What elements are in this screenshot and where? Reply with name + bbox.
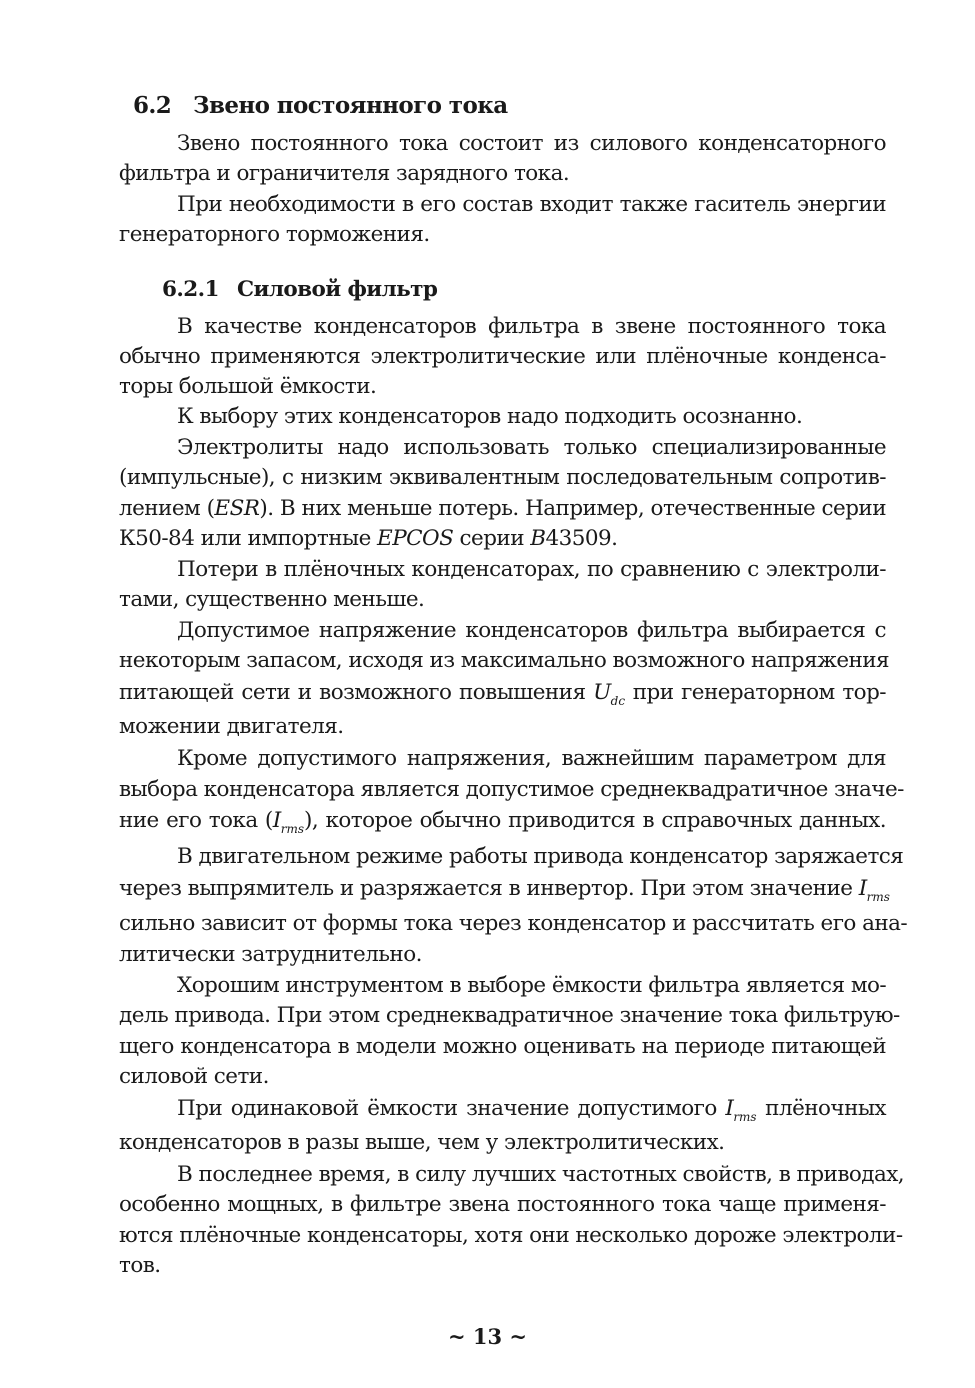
paragraph-line: дель привода. При этом среднеквадратично… [119,1001,886,1031]
paragraph-line: тов. [119,1251,886,1281]
epcos-term: EPCOS [377,526,453,551]
paragraph-line: обычно применяются электролитические или… [119,342,886,372]
paragraph-line: ние его тока (Irms), которое обычно прив… [119,806,886,844]
text-run: 43509. [546,526,618,551]
paragraph-line: торы большой ёмкости. [119,372,886,402]
text-run: При одинаковой ёмкости значение допустим… [177,1096,725,1121]
subsection-title: Силовой фильтр [237,277,437,302]
paragraph-line: При одинаковой ёмкости значение допустим… [177,1094,886,1132]
paragraph-line: В качестве конденсаторов фильтра в звене… [177,312,886,342]
paragraph-line: щего конденсатора в модели можно оценива… [119,1032,886,1062]
symbol-subscript: rms [281,822,304,836]
paragraph-line: Потери в плёночных конденсаторах, по сра… [177,555,886,585]
paragraph-line: При необходимости в его состав входит та… [177,190,886,220]
paragraph-line: выбора конденсатора является допустимое … [119,775,886,805]
document-page: 6.2Звено постоянного тока Звено постоянн… [0,0,975,1388]
paragraph-line: Допустимое напряжение конденсаторов филь… [177,616,886,646]
text-run: через выпрямитель и разряжается в инверт… [119,876,859,901]
symbol-subscript: dc [611,694,625,708]
text-run: серии [453,526,530,551]
paragraph-line: питающей сети и возможного повышения Udc… [119,678,886,716]
paragraph-line: Кроме допустимого напряжения, важнейшим … [177,744,886,774]
paragraph-line: Хорошим инструментом в выборе ёмкости фи… [177,971,886,1001]
symbol-subscript: rms [733,1110,756,1124]
text-run: ). В них меньше потерь. Например, отечес… [259,496,886,521]
symbol-main: I [273,808,281,833]
paragraph-line: (импульсные), с низким эквивалентным пос… [119,463,886,493]
paragraph-line: В двигательном режиме работы привода кон… [177,842,886,872]
irms-symbol: Irms [859,876,890,901]
series-prefix: B [530,526,545,551]
section-title: Звено постоянного тока [193,92,508,119]
section-heading: 6.2Звено постоянного тока [133,90,508,122]
paragraph-line: К50-84 или импортные EPCOS серии B43509. [119,524,886,554]
paragraph-line: В последнее время, в силу лучших частотн… [177,1160,886,1190]
subsection-number: 6.2.1 [162,275,237,305]
text-run: ние его тока ( [119,808,273,833]
symbol-main: I [859,876,867,901]
paragraph-line: фильтра и ограничителя зарядного тока. [119,159,886,189]
text-run: плёночных [757,1096,886,1121]
paragraph-line: литически затруднительно. [119,940,886,970]
esr-term: ESR [214,496,259,521]
text-run: К50-84 или импортные [119,526,377,551]
irms-symbol: Irms [273,808,304,833]
paragraph-line: через выпрямитель и разряжается в инверт… [119,874,886,912]
paragraph-line: Звено постоянного тока состоит из силово… [177,129,886,159]
irms-symbol: Irms [725,1096,756,1121]
udc-symbol: Udc [593,680,625,705]
paragraph-line: конденсаторов в разы выше, чем у электро… [119,1128,886,1158]
section-number: 6.2 [133,90,193,122]
text-run: ), которое обычно приводится в справочны… [304,808,886,833]
page-number: ~ 13 ~ [0,1322,975,1352]
symbol-main: U [593,680,611,705]
paragraph-line: особенно мощных, в фильтре звена постоян… [119,1190,886,1220]
paragraph-line: лением (ESR). В них меньше потерь. Напри… [119,494,886,524]
text-run: при генераторном тор- [625,680,886,705]
paragraph-line: силовой сети. [119,1062,886,1092]
text-run: лением ( [119,496,214,521]
paragraph-line: К выбору этих конденсаторов надо подходи… [177,402,886,432]
paragraph-line: можении двигателя. [119,712,886,742]
paragraph-line: генераторного торможения. [119,220,886,250]
text-run: питающей сети и возможного повышения [119,680,593,705]
symbol-subscript: rms [867,890,890,904]
paragraph-line: ются плёночные конденсаторы, хотя они не… [119,1221,886,1251]
paragraph-line: некоторым запасом, исходя из максимально… [119,646,886,676]
subsection-heading: 6.2.1Силовой фильтр [162,275,437,305]
paragraph-line: тами, существенно меньше. [119,585,886,615]
paragraph-line: Электролиты надо использовать только спе… [177,433,886,463]
paragraph-line: сильно зависит от формы тока через конде… [119,909,886,939]
